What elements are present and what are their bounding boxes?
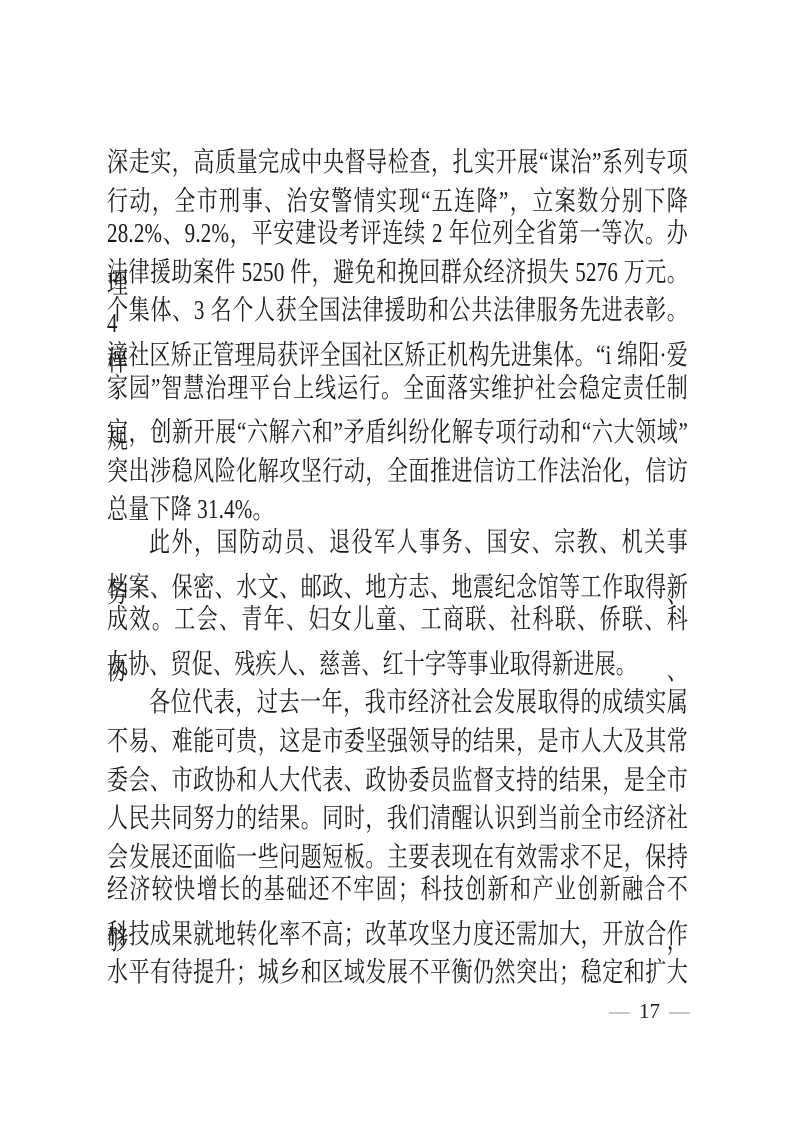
body-text: 深走实，高质量完成中央督导检查，扎实开展“谋治”系列专项 行动，全市刑事、治安警…	[107, 143, 688, 992]
page-footer: — 17 —	[609, 999, 690, 1024]
text-line-content: 水平有待提升；城乡和区域发展不平衡仍然突出；稳定和扩大	[107, 948, 688, 998]
document-page: 深走实，高质量完成中央督导检查，扎实开展“谋治”系列专项 行动，全市刑事、治安警…	[0, 0, 793, 1122]
page-number-dash-right: —	[669, 999, 690, 1024]
paragraph-1: 深走实，高质量完成中央督导检查，扎实开展“谋治”系列专项 行动，全市刑事、治安警…	[107, 143, 688, 529]
paragraph-2: 此外，国防动员、退役军人事务、国安、宗教、机关事务、 档案、保密、水文、邮政、地…	[107, 529, 688, 683]
text-line: 水平有待提升；城乡和区域发展不平衡仍然突出；稳定和扩大	[107, 953, 688, 992]
page-number-dash-left: —	[609, 999, 630, 1024]
paragraph-3: 各位代表，过去一年，我市经济社会发展取得的成绩实属 不易、难能可贵，这是市委坚强…	[107, 683, 688, 992]
page-number: 17	[639, 999, 660, 1024]
